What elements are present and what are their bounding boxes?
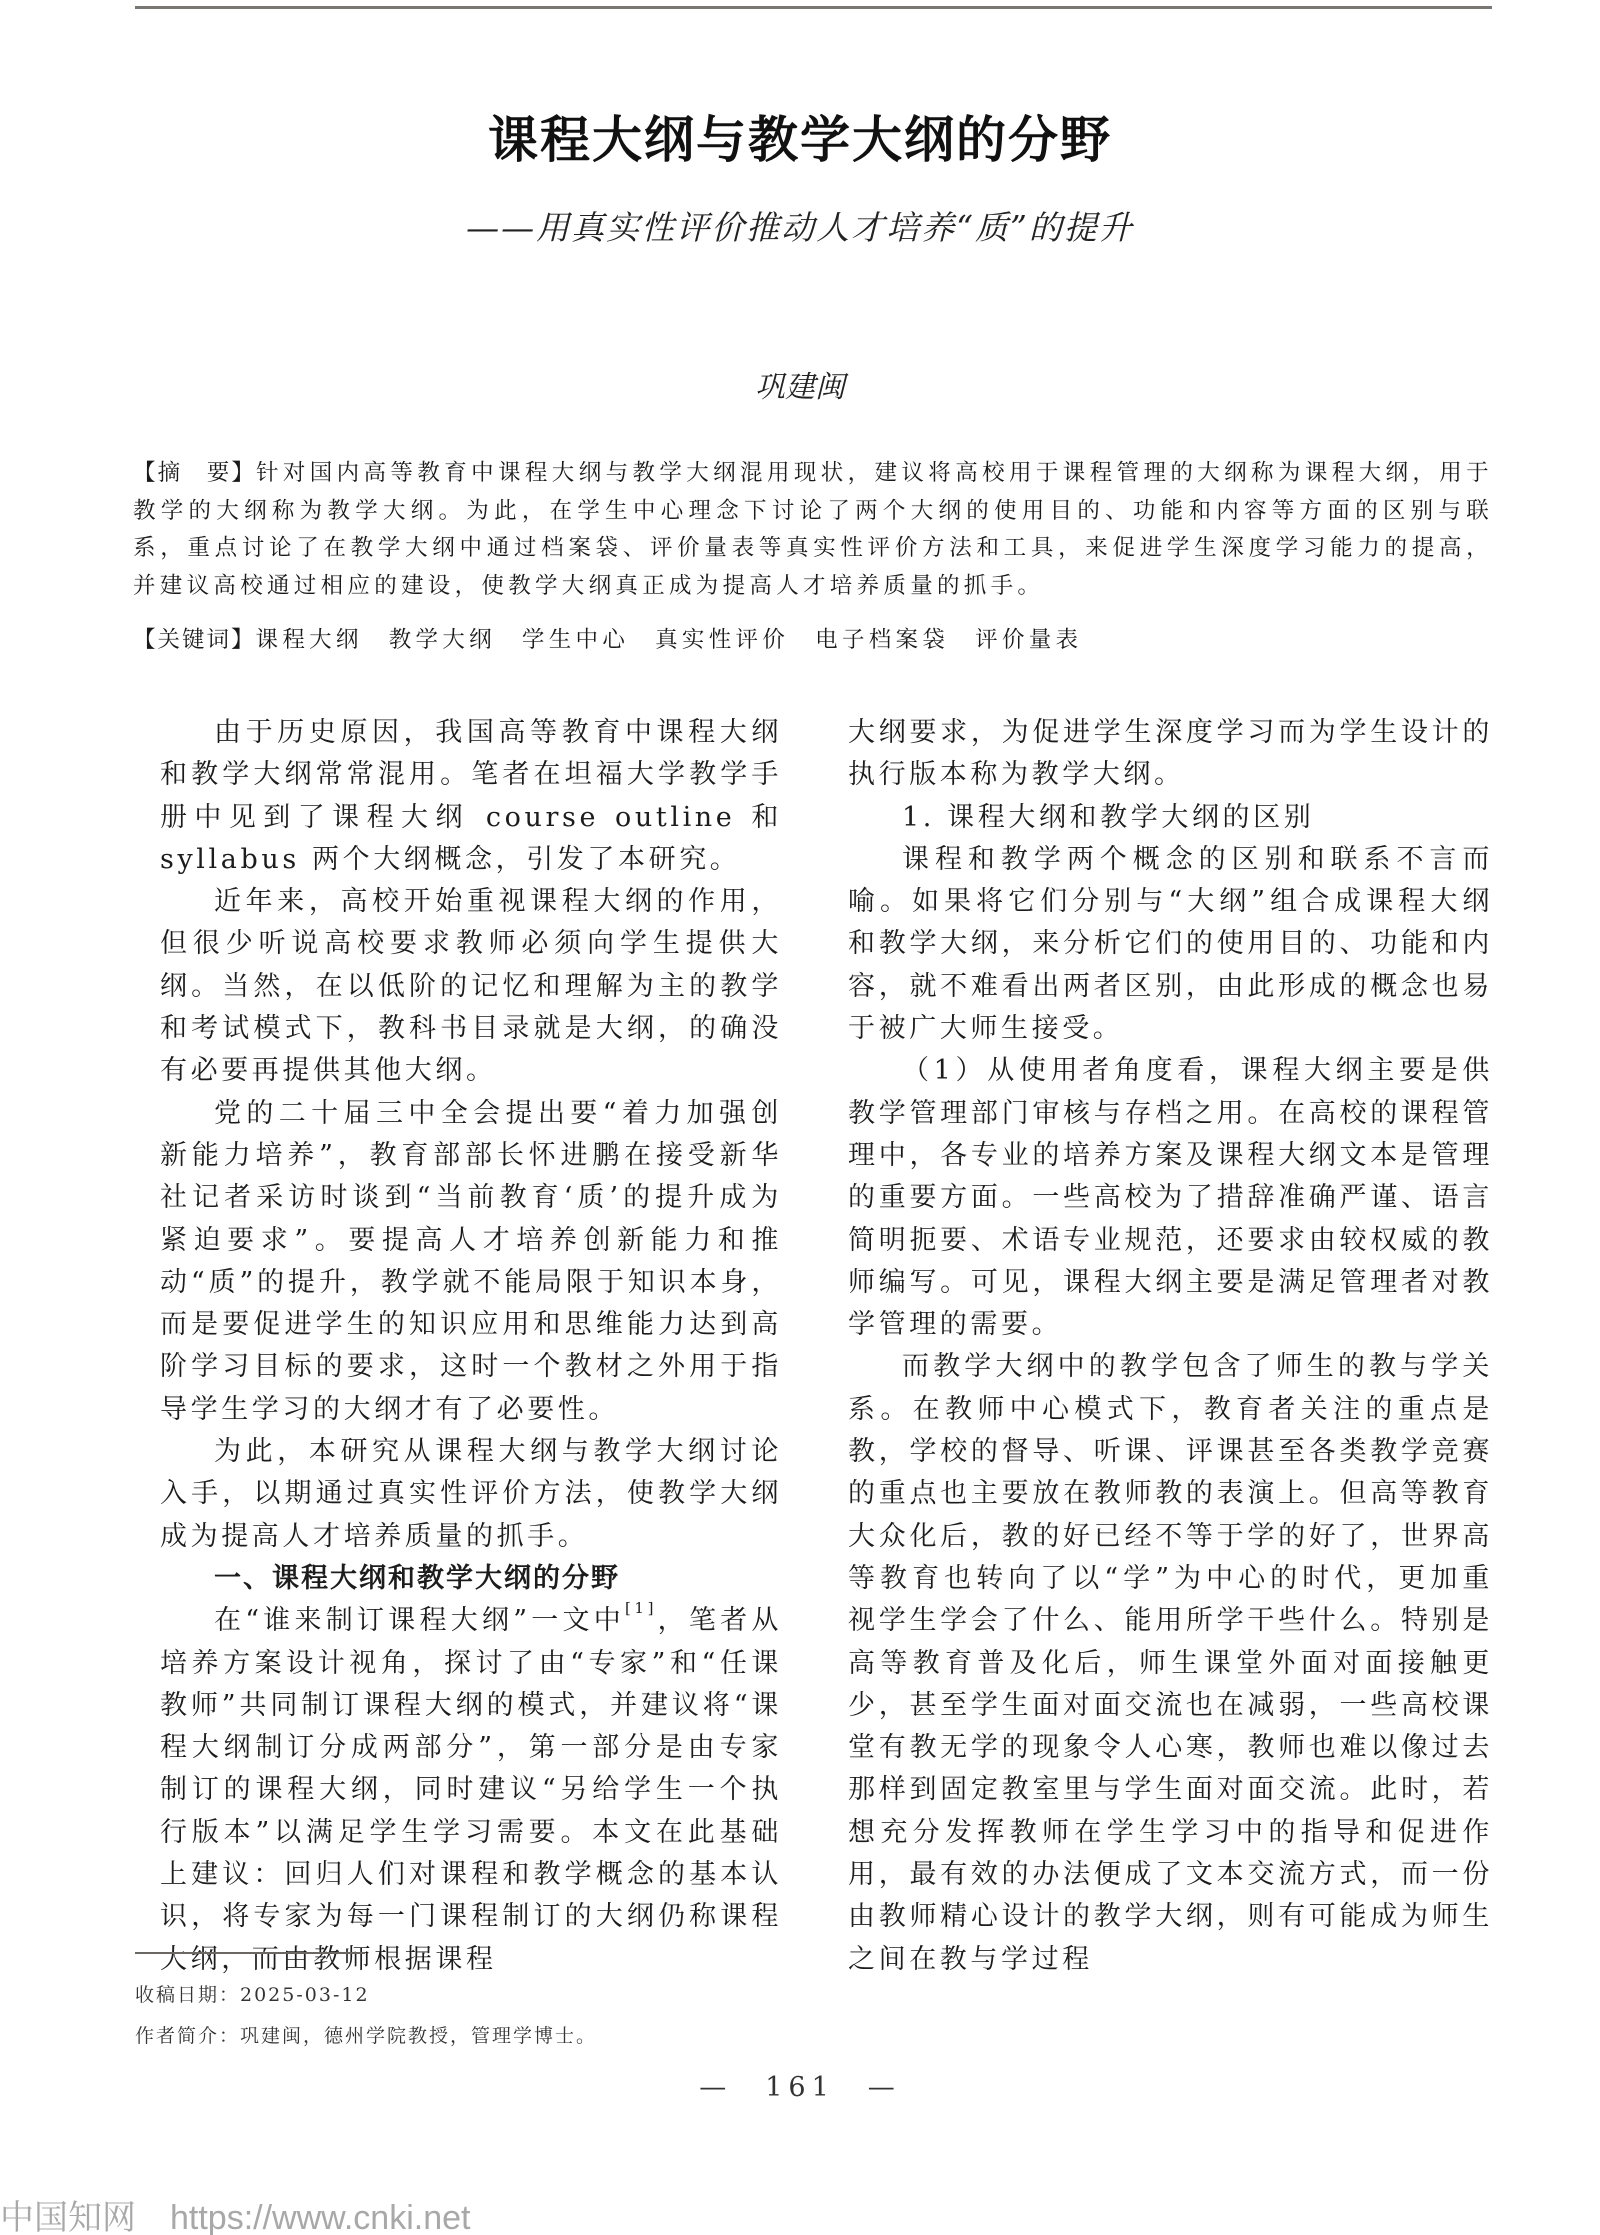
abstract-label: 【摘 要】 <box>133 460 256 486</box>
section-heading: 一、课程大纲和教学大纲的分野 <box>160 1558 782 1600</box>
abstract: 【摘 要】针对国内高等教育中课程大纲与教学大纲混用现状，建议将高校用于课程管理的… <box>133 455 1493 605</box>
abstract-text: 针对国内高等教育中课程大纲与教学大纲混用现状，建议将高校用于课程管理的大纲称为课… <box>133 460 1493 599</box>
header-rule <box>135 6 1492 9</box>
article-title: 课程大纲与教学大纲的分野 <box>0 100 1600 172</box>
paragraph: 近年来，高校开始重视课程大纲的作用，但很少听说高校要求教师必须向学生提供大纲。当… <box>160 881 782 1092</box>
paragraph: （1）从使用者角度看，课程大纲主要是供教学管理部门审核与存档之用。在高校的课程管… <box>848 1050 1493 1346</box>
paragraph: 而教学大纲中的教学包含了师生的教与学关系。在教师中心模式下，教育者关注的重点是教… <box>848 1346 1493 1980</box>
keyword: 评价量表 <box>975 627 1082 653</box>
subsection-heading: 1. 课程大纲和教学大纲的区别 <box>848 797 1493 839</box>
page-number: — 161 — <box>0 2065 1600 2104</box>
paragraph: 党的二十届三中全会提出要“着力加强创新能力培养”，教育部部长怀进鹏在接受新华社记… <box>160 1093 782 1431</box>
keyword: 学生中心 <box>522 627 629 653</box>
keywords-label: 【关键词】 <box>133 627 256 653</box>
left-column: 由于历史原因，我国高等教育中课程大纲和教学大纲常常混用。笔者在坦福大学教学手册中… <box>160 712 782 1981</box>
keyword: 教学大纲 <box>389 627 496 653</box>
watermark-url[interactable]: https://www.cnki.net <box>170 2199 470 2235</box>
received-date: 收稿日期：2025-03-12 <box>135 1980 370 2007</box>
citation-ref[interactable]: [1] <box>625 1599 657 1617</box>
keyword: 电子档案袋 <box>815 627 949 653</box>
article-subtitle: ——用真实性评价推动人才培养“质”的提升 <box>0 202 1600 249</box>
paragraph-text: 在“谁来制订课程大纲”一文中 <box>214 1605 625 1636</box>
paragraph: 课程和教学两个概念的区别和联系不言而喻。如果将它们分别与“大纲”组合成课程大纲和… <box>848 839 1493 1050</box>
keyword: 真实性评价 <box>655 627 789 653</box>
paragraph: 由于历史原因，我国高等教育中课程大纲和教学大纲常常混用。笔者在坦福大学教学手册中… <box>160 712 782 881</box>
paragraph: 在“谁来制订课程大纲”一文中[1]，笔者从培养方案设计视角，探讨了由“专家”和“… <box>160 1600 782 1981</box>
footnote-rule <box>135 1952 365 1954</box>
right-column: 大纲要求，为促进学生深度学习而为学生设计的执行版本称为教学大纲。 1. 课程大纲… <box>848 712 1493 1981</box>
watermark-brand: 中国知网 <box>0 2199 136 2235</box>
author-bio: 作者简介：巩建闽，德州学院教授，管理学博士。 <box>135 2021 597 2048</box>
cnki-watermark: 中国知网https://www.cnki.net <box>0 2190 470 2235</box>
author-name: 巩建闽 <box>0 362 1600 406</box>
paragraph: 为此，本研究从课程大纲与教学大纲讨论入手，以期通过真实性评价方法，使教学大纲成为… <box>160 1431 782 1558</box>
keywords: 【关键词】课程大纲教学大纲学生中心真实性评价电子档案袋评价量表 <box>133 622 1493 659</box>
keyword: 课程大纲 <box>256 627 363 653</box>
paragraph: 大纲要求，为促进学生深度学习而为学生设计的执行版本称为教学大纲。 <box>848 712 1493 797</box>
paragraph-text: ，笔者从培养方案设计视角，探讨了由“专家”和“任课教师”共同制订课程大纲的模式，… <box>160 1605 782 1974</box>
